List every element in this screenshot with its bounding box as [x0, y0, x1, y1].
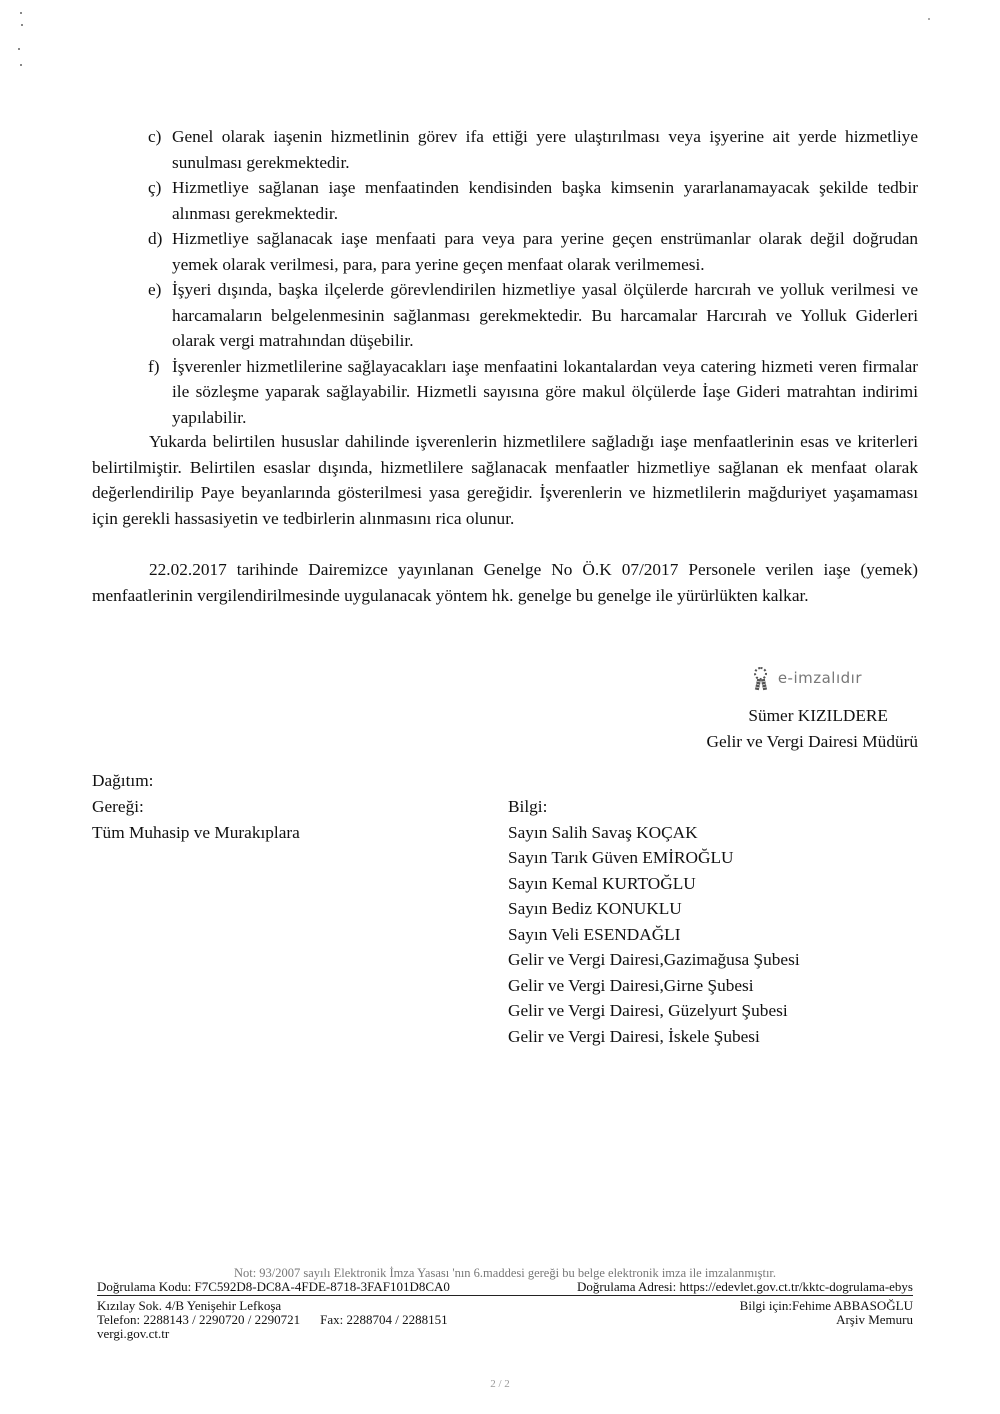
info-recipient: Gelir ve Vergi Dairesi, İskele Şubesi [508, 1024, 800, 1050]
office-contact: Kızılay Sok. 4/B Yenişehir Lefkoşa Telef… [97, 1299, 448, 1341]
page-number: 2 / 2 [0, 1378, 1000, 1390]
phone-numbers: Telefon: 2288143 / 2290720 / 2290721 [97, 1312, 300, 1327]
list-marker: c) [148, 124, 161, 150]
page-footer: Not: 93/2007 sayılı Elektronik İmza Yasa… [97, 1266, 913, 1341]
repeal-paragraph: 22.02.2017 tarihinde Dairemizce yayınlan… [92, 557, 918, 608]
e-signature-note: Not: 93/2007 sayılı Elektronik İmza Yasa… [97, 1266, 913, 1280]
action-recipient: Tüm Muhasip ve Murakıplara [92, 820, 300, 846]
contact-person: Bilgi için:Fehime ABBASOĞLU [740, 1299, 913, 1313]
distribution-heading: Dağıtım: [92, 768, 300, 794]
contact-role: Arşiv Memuru [740, 1313, 913, 1327]
list-item: ç) Hizmetliye sağlanan iaşe menfaatinden… [148, 175, 918, 226]
scan-artifacts [18, 8, 28, 68]
scan-artifact [928, 18, 930, 20]
phone-fax-line: Telefon: 2288143 / 2290720 / 2290721Fax:… [97, 1313, 448, 1327]
verification-row: Doğrulama Kodu: F7C592D8-DC8A-4FDE-8718-… [97, 1280, 913, 1296]
list-marker: e) [148, 277, 161, 303]
info-recipients-block: Bilgi: Sayın Salih Savaş KOÇAK Sayın Tar… [508, 794, 800, 1049]
office-address: Kızılay Sok. 4/B Yenişehir Lefkoşa [97, 1299, 448, 1313]
fax-numbers: Fax: 2288704 / 2288151 [320, 1312, 447, 1327]
list-item: f) İşverenler hizmetlilerine sağlayacakl… [148, 354, 918, 431]
signatory-title: Gelir ve Vergi Dairesi Müdürü [658, 729, 918, 755]
info-recipient: Gelir ve Vergi Dairesi, Güzelyurt Şubesi [508, 998, 800, 1024]
e-signature-label: e-imzalıdır [778, 666, 862, 692]
list-marker: d) [148, 226, 162, 252]
e-signature-stamp: e-imzalıdır [752, 666, 862, 692]
verification-code: Doğrulama Kodu: F7C592D8-DC8A-4FDE-8718-… [97, 1280, 450, 1294]
document-page: c) Genel olarak iaşenin hizmetlinin göre… [0, 0, 1000, 1414]
info-recipient: Sayın Veli ESENDAĞLI [508, 922, 800, 948]
list-item-text: Genel olarak iaşenin hizmetlinin görev i… [148, 124, 918, 175]
contact-row: Kızılay Sok. 4/B Yenişehir Lefkoşa Telef… [97, 1299, 913, 1341]
info-recipient: Sayın Bediz KONUKLU [508, 896, 800, 922]
action-label: Gereği: [92, 794, 300, 820]
signatory-name: Sümer KIZILDERE [658, 703, 918, 729]
signature-block: e-imzalıdır Sümer KIZILDERE Gelir ve Ver… [658, 666, 918, 754]
info-contact: Bilgi için:Fehime ABBASOĞLU Arşiv Memuru [740, 1299, 913, 1341]
list-item-text: Hizmetliye sağlanan iaşe menfaatinden ke… [148, 175, 918, 226]
rosette-seal-icon [752, 667, 770, 691]
verification-address[interactable]: Doğrulama Adresi: https://edevlet.gov.ct… [577, 1280, 913, 1294]
distribution-block: Dağıtım: Gereği: Tüm Muhasip ve Murakıpl… [92, 768, 300, 846]
list-item-text: İşyeri dışında, başka ilçelerde görevlen… [148, 277, 918, 354]
criteria-list: c) Genel olarak iaşenin hizmetlinin göre… [148, 124, 918, 430]
list-item: e) İşyeri dışında, başka ilçelerde görev… [148, 277, 918, 354]
info-recipient: Gelir ve Vergi Dairesi,Girne Şubesi [508, 973, 800, 999]
info-label: Bilgi: [508, 794, 800, 820]
info-recipient: Sayın Tarık Güven EMİROĞLU [508, 845, 800, 871]
list-item: d) Hizmetliye sağlanacak iaşe menfaati p… [148, 226, 918, 277]
list-marker: f) [148, 354, 160, 380]
info-recipient: Gelir ve Vergi Dairesi,Gazimağusa Şubesi [508, 947, 800, 973]
info-recipient: Sayın Kemal KURTOĞLU [508, 871, 800, 897]
list-item-text: İşverenler hizmetlilerine sağlayacakları… [148, 354, 918, 431]
list-item-text: Hizmetliye sağlanacak iaşe menfaati para… [148, 226, 918, 277]
list-marker: ç) [148, 175, 161, 201]
body-paragraph: Yukarda belirtilen hususlar dahilinde iş… [92, 429, 918, 531]
website-link[interactable]: vergi.gov.ct.tr [97, 1327, 448, 1341]
info-recipient: Sayın Salih Savaş KOÇAK [508, 820, 800, 846]
list-item: c) Genel olarak iaşenin hizmetlinin göre… [148, 124, 918, 175]
